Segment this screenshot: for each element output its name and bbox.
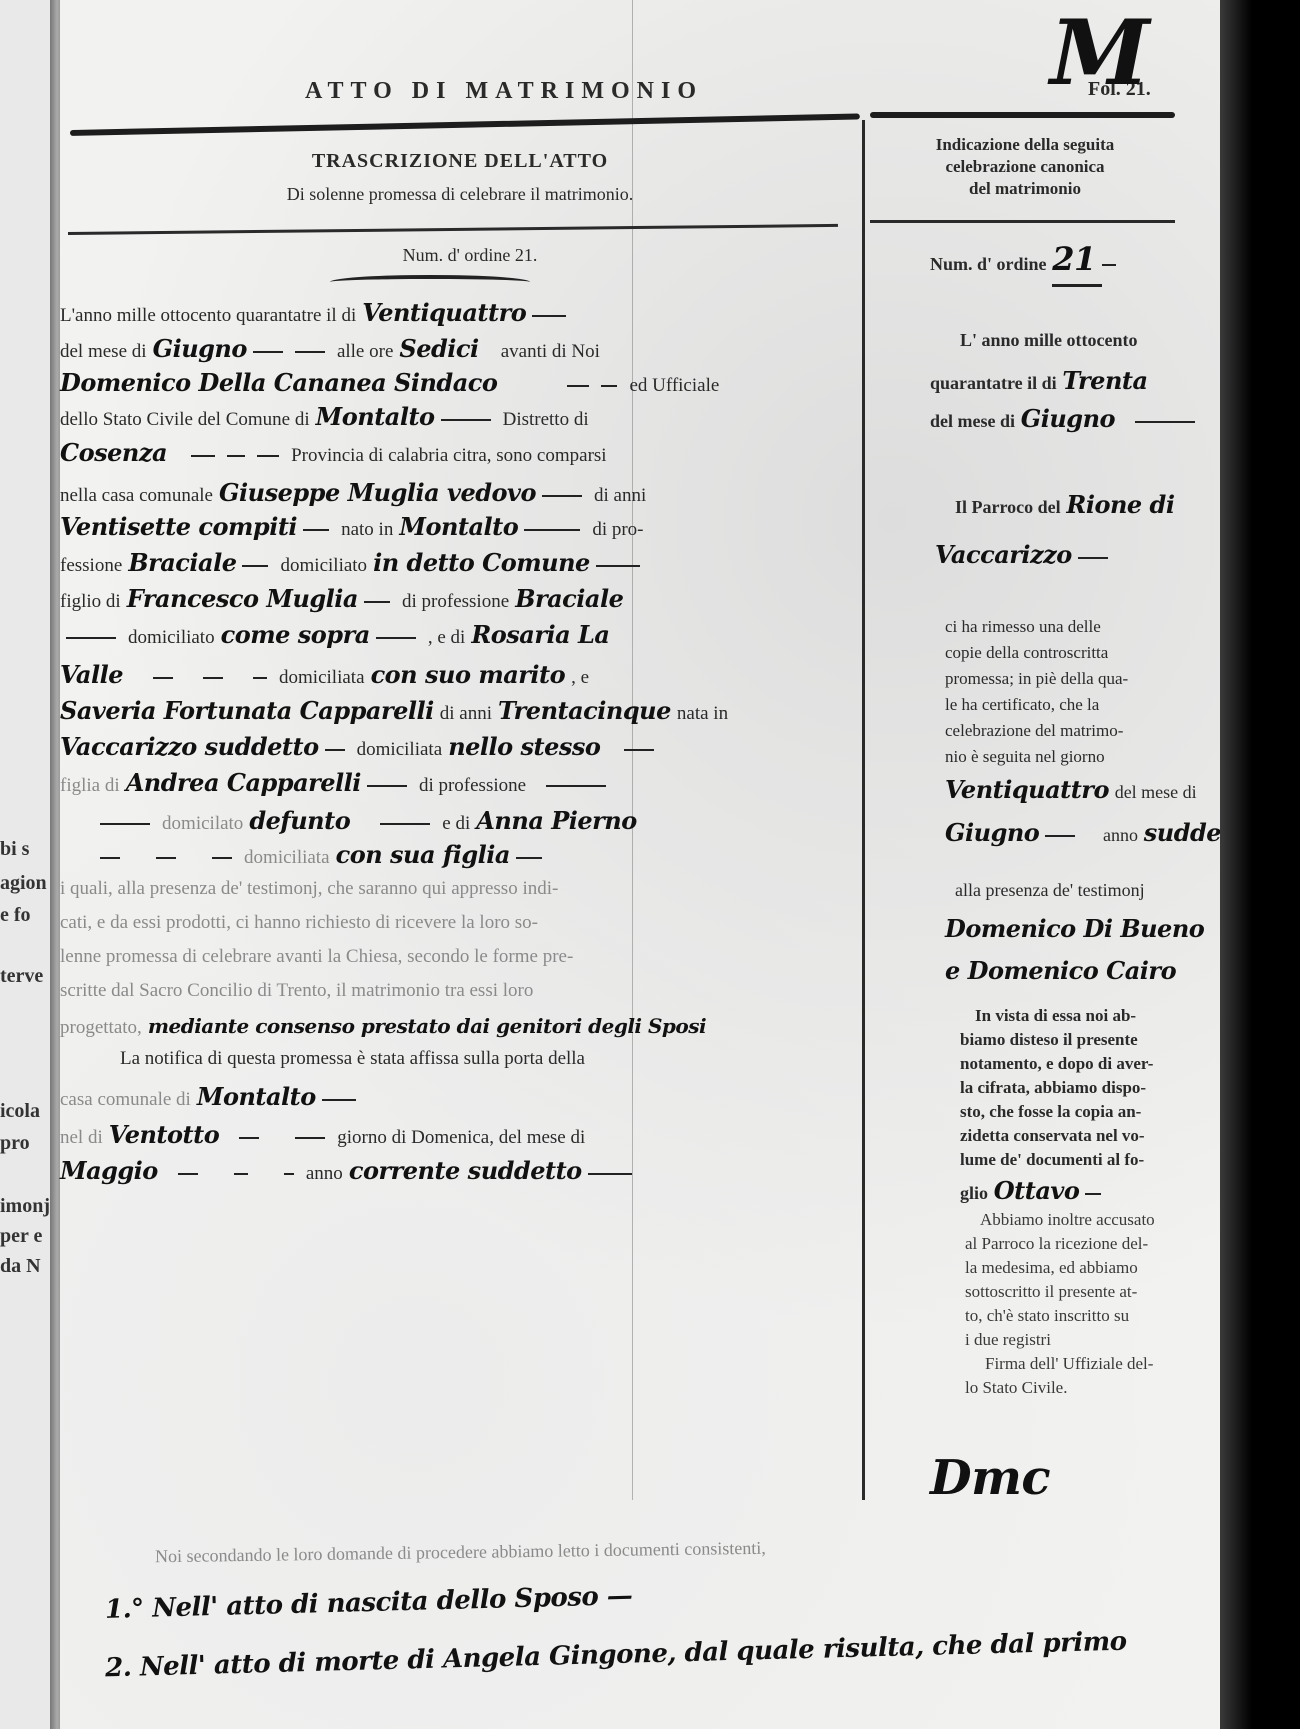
record-line: nel di Ventotto giorno di Domenica, del … <box>60 1120 585 1149</box>
right-line: quarantatre il di Trenta <box>930 366 1148 395</box>
right-heading-rule <box>870 220 1175 223</box>
body-line: lenne promessa di celebrare avanti la Ch… <box>60 946 573 968</box>
official-signature: Dmc <box>930 1450 1050 1506</box>
column-divider <box>862 120 865 1500</box>
footer-print-line: Noi secondando le loro domande di proced… <box>155 1538 766 1568</box>
right-line: Ventiquattro del mese di <box>945 775 1197 804</box>
record-line: domicilato defunto e di Anna Pierno <box>60 806 637 835</box>
right-line: alla presenza de' testimonj <box>955 880 1145 901</box>
left-page-fragment: e fo <box>0 904 31 927</box>
record-line: Valle domiciliata con suo marito , e <box>60 660 589 689</box>
right-closing-text: In vista di essa noi ab- biamo disteso i… <box>960 1004 1210 1172</box>
witness-name: e Domenico Cairo <box>945 956 1176 985</box>
record-line: dello Stato Civile del Comune di Montalt… <box>60 402 589 431</box>
right-column-heading: Indicazione della seguita celebrazione c… <box>870 134 1180 200</box>
record-line: Saveria Fortunata Capparelli di anni Tre… <box>60 696 728 725</box>
left-heading-rule <box>68 224 838 235</box>
witness-name: Domenico Di Bueno <box>945 914 1204 943</box>
left-page-fragment: agion <box>0 872 47 895</box>
footer-item-2: 2. Nell' atto di morte di Angela Gingone… <box>105 1627 1127 1684</box>
record-line: figlia di Andrea Capparelli di professio… <box>60 768 612 797</box>
record-line: figlio di Francesco Muglia di profession… <box>60 584 623 613</box>
left-order-label: Num. d' ordine 21. <box>260 245 680 266</box>
record-line: L'anno mille ottocento quarantatre il di… <box>60 298 572 327</box>
record-line: nella casa comunale Giuseppe Muglia vedo… <box>60 478 646 507</box>
record-line: domiciliata con sua figlia <box>60 840 548 869</box>
record-line: Vaccarizzo suddetto domiciliata nello st… <box>60 732 660 761</box>
page-title: ATTO DI MATRIMONIO <box>305 78 703 105</box>
right-body-text: ci ha rimesso una delle copie della cont… <box>945 614 1190 770</box>
left-page-fragment: pro <box>0 1132 30 1155</box>
body-line: scritte dal Sacro Concilio di Trento, il… <box>60 980 533 1002</box>
right-final-text: Abbiamo inoltre accusato al Parroco la r… <box>965 1208 1215 1400</box>
right-line: del mese di Giugno <box>930 404 1201 433</box>
right-line: Giugno anno suddetto <box>945 818 1258 847</box>
right-line: glio Ottavo <box>960 1176 1107 1205</box>
right-order-line: Num. d' ordine 21 <box>930 240 1122 278</box>
record-line: del mese di Giugno alle ore Sedici avant… <box>60 334 600 363</box>
left-page-fragment: icola <box>0 1100 40 1123</box>
corner-handwritten-mark: M <box>1050 0 1149 106</box>
header-rule-right <box>870 112 1175 118</box>
record-line: progettato, mediante consenso prestato d… <box>60 1014 706 1039</box>
record-line: casa comunale di Montalto <box>60 1082 362 1111</box>
header-rule-left <box>70 113 860 136</box>
right-line: Vaccarizzo <box>935 540 1114 569</box>
body-line: La notifica di questa promessa è stata a… <box>120 1048 585 1070</box>
register-page: ATTO DI MATRIMONIO Fol. 21. M TRASCRIZIO… <box>60 0 1250 1729</box>
record-line: Cosenza Provincia di calabria citra, son… <box>60 438 607 467</box>
record-line: fessione Braciale domiciliato in detto C… <box>60 548 646 577</box>
left-page-fragment: da N <box>0 1255 41 1278</box>
left-column-heading: TRASCRIZIONE DELL'ATTO <box>180 150 740 173</box>
left-page-fragment: terve <box>0 965 43 988</box>
left-page-fragment: imonj <box>0 1195 50 1218</box>
right-line: L' anno mille ottocento <box>960 330 1138 351</box>
record-line: domiciliato come sopra , e di Rosaria La <box>60 620 609 649</box>
right-line: Il Parroco del Rione di <box>955 490 1174 519</box>
body-line: i quali, alla presenza de' testimonj, ch… <box>60 878 558 900</box>
record-line: Maggio anno corrente suddetto <box>60 1156 638 1185</box>
footer-item-1: 1.° Nell' atto di nascita dello Sposo — <box>105 1581 633 1625</box>
left-column-subheading: Di solenne promessa di celebrare il matr… <box>140 184 780 205</box>
record-line: Ventisette compiti nato in Montalto di p… <box>60 512 644 541</box>
scan-dark-edge <box>1220 0 1300 1729</box>
left-page-fragment: bi s <box>0 838 29 861</box>
left-page-fragment: per e <box>0 1225 42 1248</box>
body-line: cati, e da essi prodotti, ci hanno richi… <box>60 912 538 934</box>
right-order-underline <box>1052 284 1102 287</box>
flourish-ornament <box>330 275 530 289</box>
record-line: Domenico Della Cananea Sindaco ed Uffici… <box>60 368 719 397</box>
